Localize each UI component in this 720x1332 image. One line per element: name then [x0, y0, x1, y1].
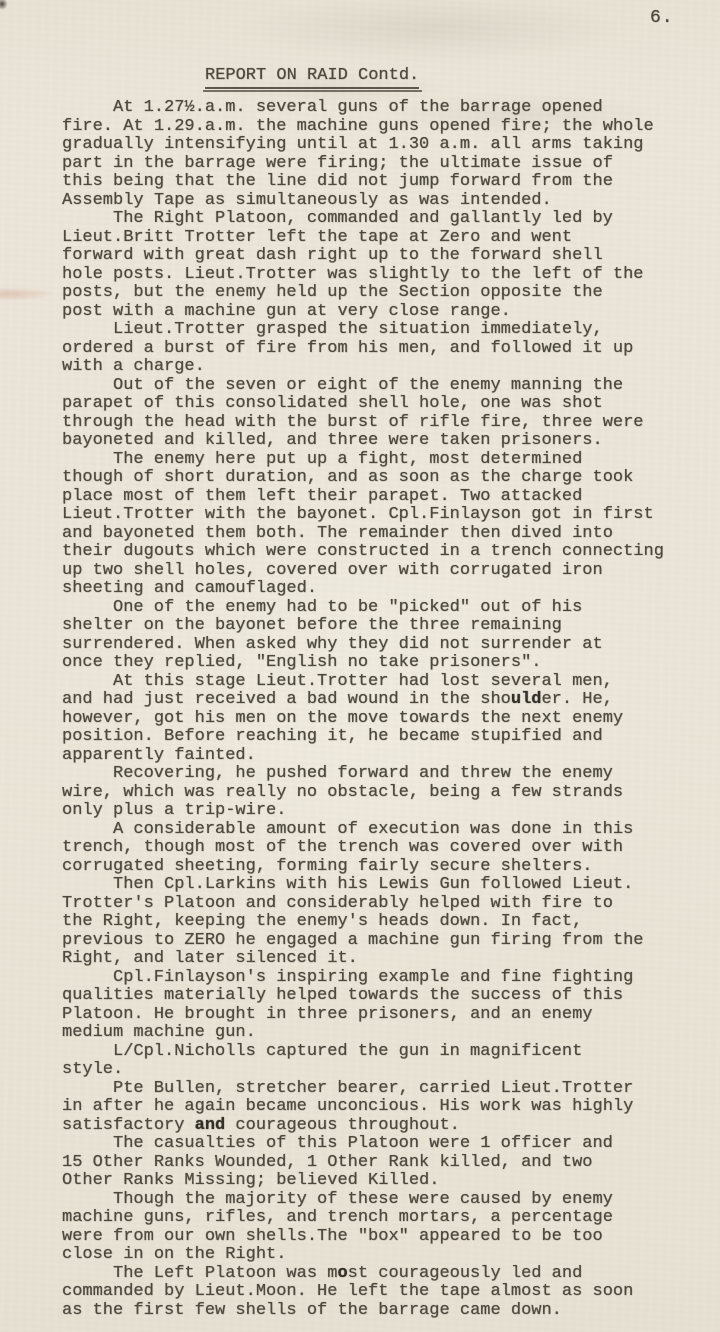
paragraph: L/Cpl.Nicholls captured the gun in magni… [62, 1043, 712, 1080]
paragraph: Though the majority of these were caused… [62, 1191, 712, 1265]
paragraph: Cpl.Finlayson's inspiring example and fi… [62, 969, 712, 1043]
paragraph: One of the enemy had to be "picked" out … [62, 599, 712, 673]
title-row: REPORT ON RAID Contd. [205, 66, 419, 89]
paragraph: Out of the seven or eight of the enemy m… [62, 377, 712, 451]
paragraph: The enemy here put up a fight, most dete… [62, 451, 712, 599]
page-number: 6. [650, 8, 674, 28]
report-title: REPORT ON RAID Contd. [205, 66, 419, 89]
paragraph: Pte Bullen, stretcher bearer, carried Li… [62, 1080, 712, 1136]
paragraph: The Left Platoon was most courageously l… [62, 1265, 712, 1321]
paragraph: The Right Platoon, commanded and gallant… [62, 210, 712, 321]
paragraph: Recovering, he pushed forward and threw … [62, 765, 712, 821]
paragraph: At this stage Lieut.Trotter had lost sev… [62, 673, 712, 766]
document-page: 6. REPORT ON RAID Contd. At 1.27½.a.m. s… [0, 0, 720, 1332]
paragraph: A considerable amount of execution was d… [62, 821, 712, 877]
report-body: At 1.27½.a.m. several guns of the barrag… [62, 99, 712, 1320]
paragraph: The casualties of this Platoon were 1 of… [62, 1135, 712, 1191]
paragraph: Lieut.Trotter grasped the situation imme… [62, 321, 712, 377]
paragraph: Then Cpl.Larkins with his Lewis Gun foll… [62, 876, 712, 969]
paragraph: At 1.27½.a.m. several guns of the barrag… [62, 99, 712, 210]
